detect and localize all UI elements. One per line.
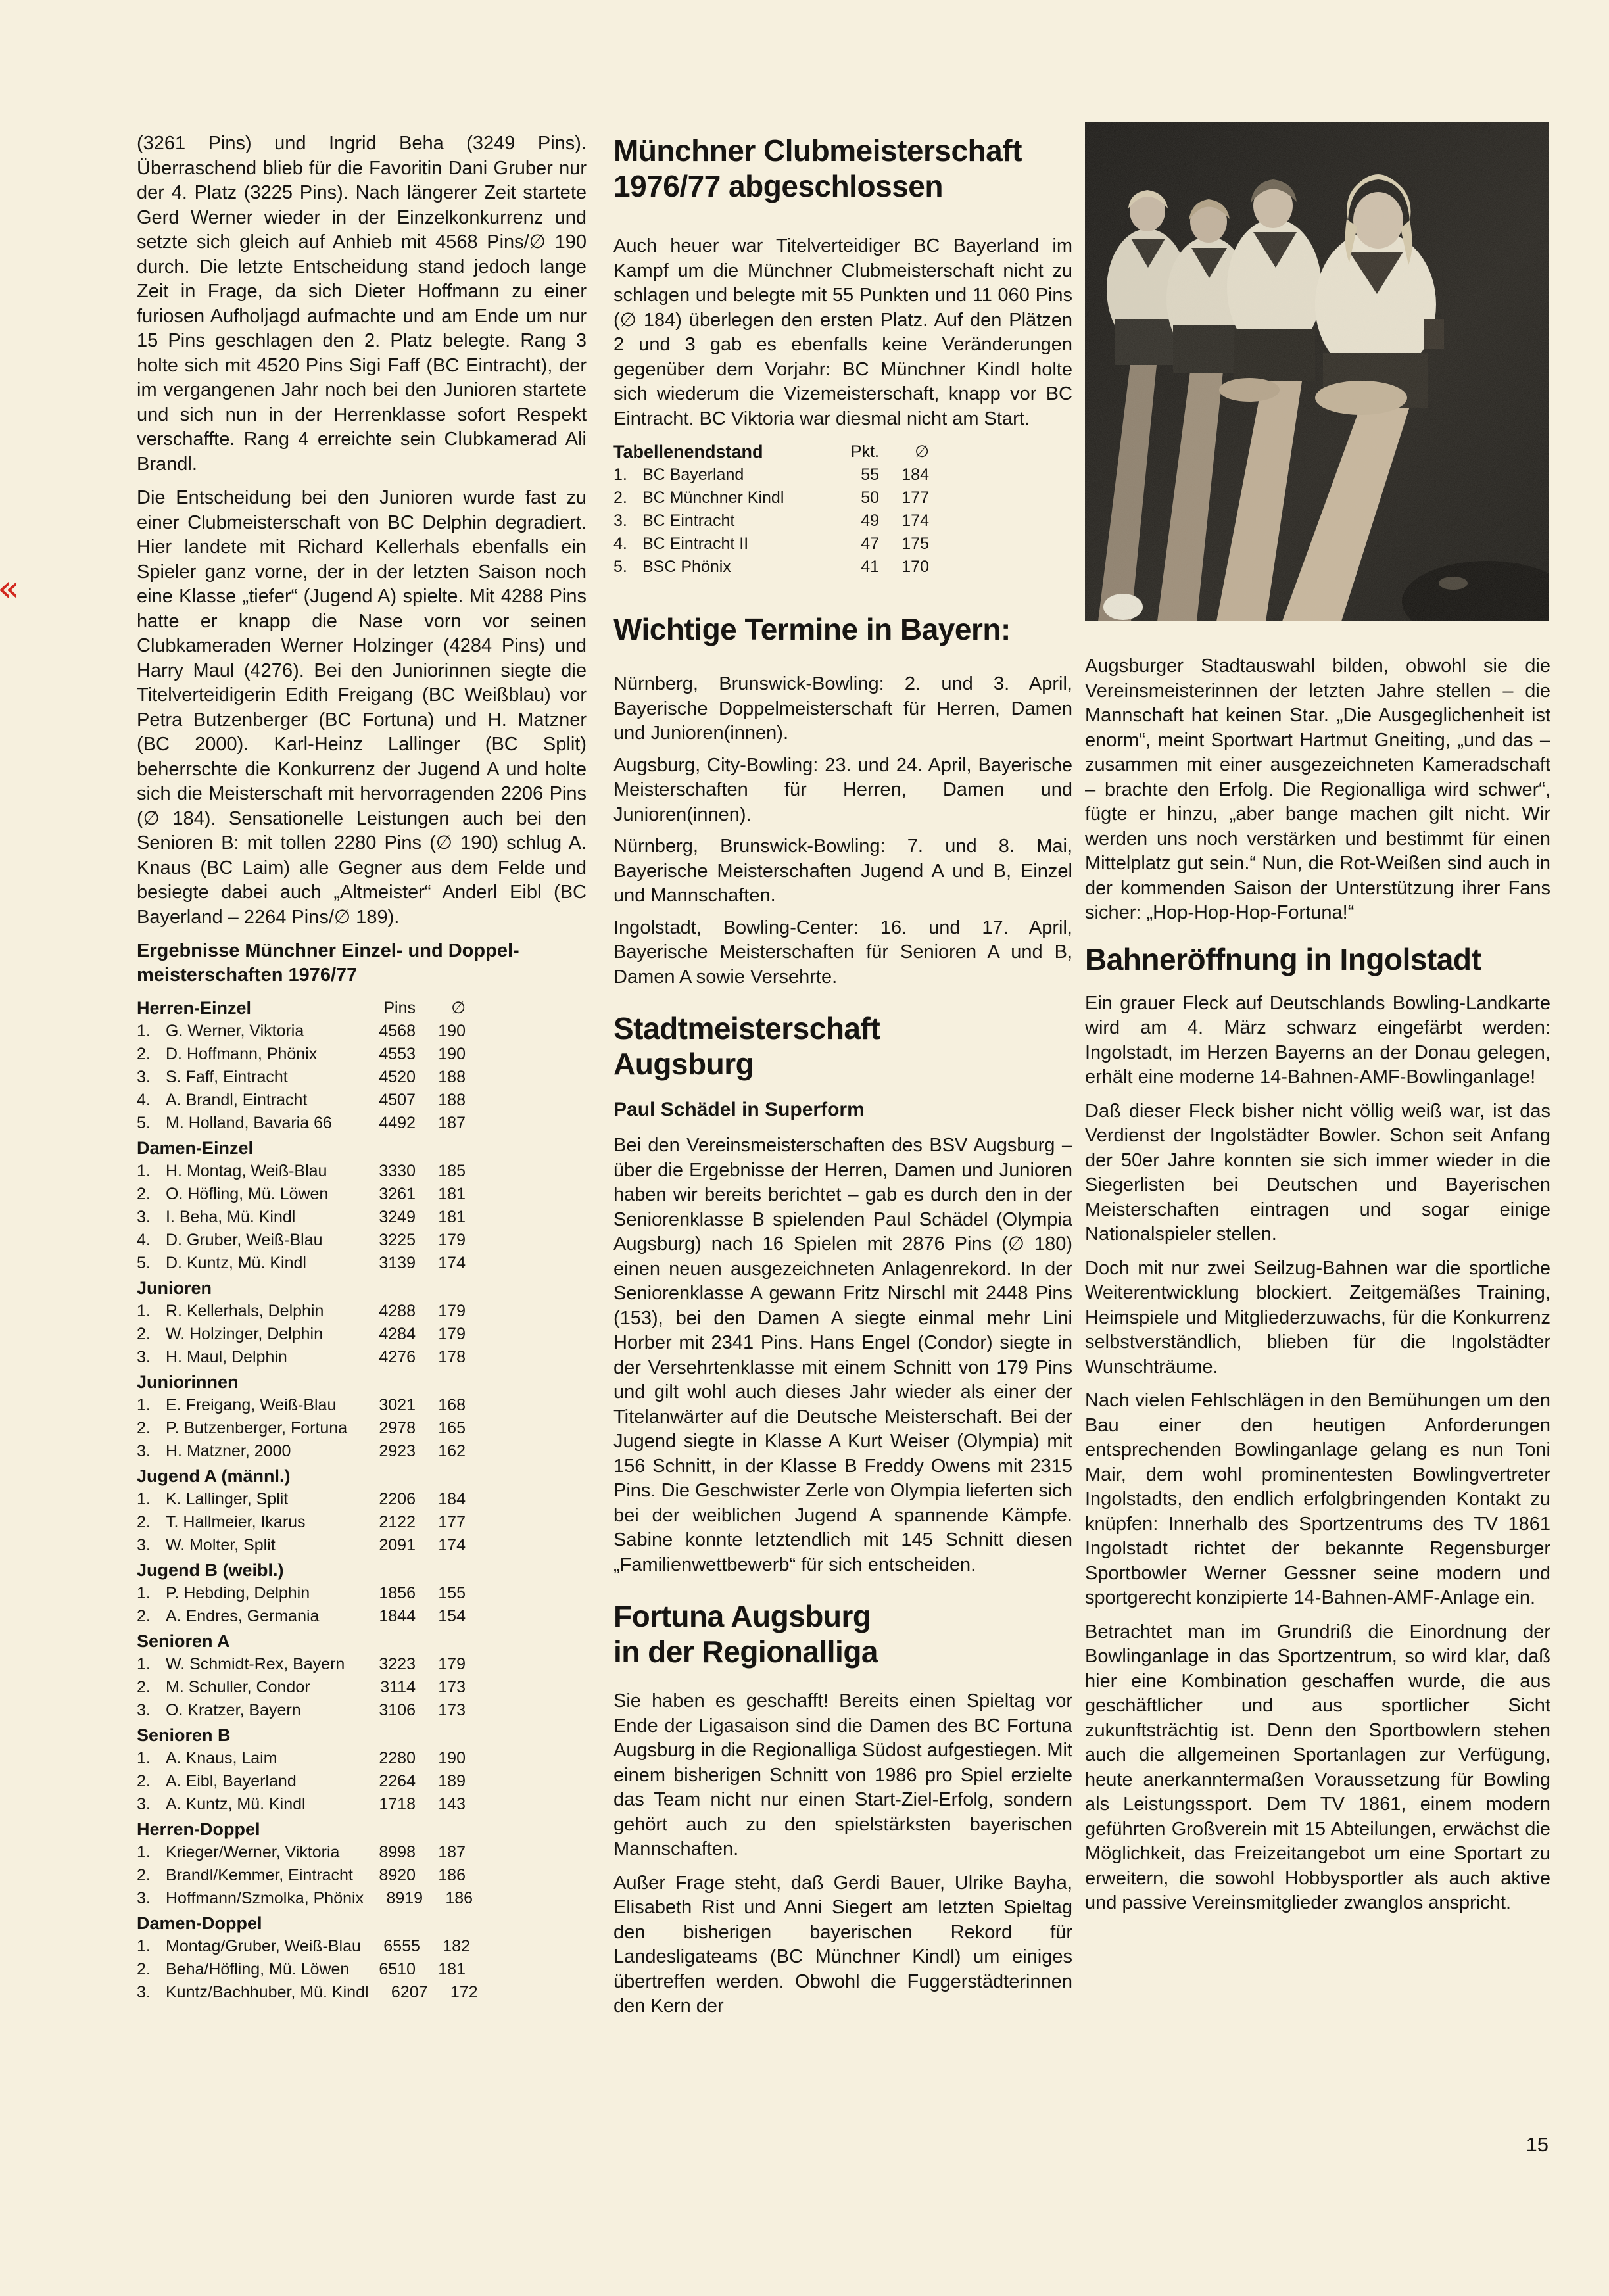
table-row: 1.R. Kellerhals, Delphin4288179 <box>137 1300 466 1323</box>
table-row: 3.O. Kratzer, Bayern3106173 <box>137 1699 466 1722</box>
section-rows: 1.Montag/Gruber, Weiß-Blau65551822.Beha/… <box>137 1935 466 2004</box>
column-header-points: Pkt. <box>820 441 879 464</box>
table-row: 2.BC Münchner Kindl50177 <box>613 487 929 510</box>
section-header: Jugend B (weibl.) <box>137 1559 466 1582</box>
section-rows: 1.Krieger/Werner, Viktoria89981872.Brand… <box>137 1841 466 1910</box>
table-row: 2.O. Höfling, Mü. Löwen3261181 <box>137 1183 466 1206</box>
table-row: 1.Krieger/Werner, Viktoria8998187 <box>137 1841 466 1864</box>
table-row: 3.A. Kuntz, Mü. Kindl1718143 <box>137 1793 466 1816</box>
table-header-row: Tabellenendstand Pkt. ∅ <box>613 441 929 464</box>
paragraph: (3261 Pins) und Ingrid Beha (3249 Pins).… <box>137 132 587 477</box>
paragraph: Betrachtet man im Grundriß die Einordnun… <box>1085 1620 1550 1916</box>
section-header: Senioren A <box>137 1630 466 1653</box>
section-header: Herren-Einzel <box>137 997 356 1020</box>
column-header-pins: Pins <box>356 997 416 1020</box>
table-row: 5.M. Holland, Bavaria 664492187 <box>137 1112 466 1135</box>
section-header: Juniorinnen <box>137 1371 466 1394</box>
paragraph: Außer Frage steht, daß Gerdi Bauer, Ulri… <box>613 1871 1072 2019</box>
standings-table: Tabellenendstand Pkt. ∅ 1.BC Bayerland55… <box>613 441 929 579</box>
column-header-average: ∅ <box>416 997 466 1020</box>
table-row: 3.Hoffmann/Szmolka, Phönix8919186 <box>137 1887 466 1910</box>
table-header-row: Herren-Einzel Pins ∅ <box>137 997 466 1020</box>
table-row: 1.Montag/Gruber, Weiß-Blau6555182 <box>137 1935 466 1958</box>
paragraph: Bei den Vereinsmeisterschaften des BSV A… <box>613 1134 1072 1577</box>
section-rows: 1.G. Werner, Viktoria45681902.D. Hoffman… <box>137 1020 466 1135</box>
paragraph: Doch mit nur zwei Seilzug-Bahnen war die… <box>1085 1256 1550 1380</box>
section-rows: 1.E. Freigang, Weiß-Blau30211682.P. Butz… <box>137 1394 466 1463</box>
table-row: 2.W. Holzinger, Delphin4284179 <box>137 1323 466 1346</box>
column-header-average: ∅ <box>879 441 929 464</box>
article-subhead: Paul Schädel in Superform <box>613 1097 1072 1122</box>
table-row: 1.A. Knaus, Laim2280190 <box>137 1747 466 1770</box>
table-row: 1.H. Montag, Weiß-Blau3330185 <box>137 1160 466 1183</box>
left-column: (3261 Pins) und Ingrid Beha (3249 Pins).… <box>137 132 587 2004</box>
article-heading-clubmeisterschaft: Münchner Clubmeisterschaft 1976/77 abges… <box>613 133 1072 204</box>
section-rows: 1.W. Schmidt-Rex, Bayern32231792.M. Schu… <box>137 1653 466 1722</box>
table-row: 4.BC Eintracht II47175 <box>613 533 929 556</box>
paragraph: Auch heuer war Titelverteidiger BC Bayer… <box>613 234 1072 431</box>
section-header: Herren-Doppel <box>137 1818 466 1841</box>
paragraph: Die Entscheidung bei den Junioren wurde … <box>137 486 587 930</box>
table-title: Tabellenendstand <box>613 441 820 464</box>
article-heading-stadtmeisterschaft: Stadtmeisterschaft Augsburg <box>613 1011 1072 1082</box>
section-rows: 1.K. Lallinger, Split22061842.T. Hallmei… <box>137 1488 466 1557</box>
section-header: Damen-Einzel <box>137 1137 466 1160</box>
table-row: 4.D. Gruber, Weiß-Blau3225179 <box>137 1229 466 1252</box>
table-row: 2.Brandl/Kemmer, Eintracht8920186 <box>137 1864 466 1887</box>
results-title: Ergebnisse Münchner Einzel- und Doppel- … <box>137 939 587 988</box>
table-row: 1.W. Schmidt-Rex, Bayern3223179 <box>137 1653 466 1676</box>
table-row: 3.Kuntz/Bachhuber, Mü. Kindl6207172 <box>137 1981 466 2004</box>
results-table: Herren-Einzel Pins ∅ 1.G. Werner, Viktor… <box>137 997 466 2004</box>
event-item: Augsburg, City-Bowling: 23. und 24. Apri… <box>613 753 1072 828</box>
article-heading-bahneroeffnung: Bahneröffnung in Ingolstadt <box>1085 942 1550 977</box>
table-row: 5.D. Kuntz, Mü. Kindl3139174 <box>137 1252 466 1275</box>
table-row: 3.S. Faff, Eintracht4520188 <box>137 1066 466 1089</box>
table-row: 1.K. Lallinger, Split2206184 <box>137 1488 466 1511</box>
table-row: 2.P. Butzenberger, Fortuna2978165 <box>137 1417 466 1440</box>
table-row: 2.D. Hoffmann, Phönix4553190 <box>137 1043 466 1066</box>
event-item: Nürnberg, Brunswick-Bowling: 2. und 3. A… <box>613 672 1072 746</box>
section-rows: 1.BC Bayerland551842.BC Münchner Kindl50… <box>613 464 929 579</box>
red-margin-mark: « <box>0 571 20 608</box>
article-heading-termine: Wichtige Termine in Bayern: <box>613 611 1072 647</box>
table-row: 3.W. Molter, Split2091174 <box>137 1534 466 1557</box>
middle-column: Münchner Clubmeisterschaft 1976/77 abges… <box>613 129 1072 2028</box>
table-row: 4.A. Brandl, Eintracht4507188 <box>137 1089 466 1112</box>
section-rows: 1.H. Montag, Weiß-Blau33301852.O. Höflin… <box>137 1160 466 1275</box>
table-row: 3.H. Matzner, 20002923162 <box>137 1440 466 1463</box>
section-header: Senioren B <box>137 1724 466 1747</box>
section-rows: 1.A. Knaus, Laim22801902.A. Eibl, Bayerl… <box>137 1747 466 1816</box>
section-header: Junioren <box>137 1277 466 1300</box>
event-item: Ingolstadt, Bowling-Center: 16. und 17. … <box>613 916 1072 990</box>
table-row: 2.T. Hallmeier, Ikarus2122177 <box>137 1511 466 1534</box>
table-row: 1.P. Hebding, Delphin1856155 <box>137 1582 466 1605</box>
table-row: 2.A. Endres, Germania1844154 <box>137 1605 466 1628</box>
table-row: 3.I. Beha, Mü. Kindl3249181 <box>137 1206 466 1229</box>
page-number: 15 <box>1526 2133 1549 2157</box>
table-row: 2.M. Schuller, Condor3114173 <box>137 1676 466 1699</box>
paragraph: Sie haben es geschafft! Bereits einen Sp… <box>613 1689 1072 1862</box>
table-row: 5.BSC Phönix41170 <box>613 556 929 579</box>
team-photo <box>1085 122 1549 621</box>
paragraph: Ein grauer Fleck auf Deutschlands Bowlin… <box>1085 992 1550 1090</box>
section-header: Jugend A (männl.) <box>137 1465 466 1488</box>
event-item: Nürnberg, Brunswick-Bowling: 7. und 8. M… <box>613 834 1072 909</box>
right-column: Augsburger Stadtauswahl bilden, obwohl s… <box>1085 122 1550 1925</box>
table-row: 1.BC Bayerland55184 <box>613 464 929 487</box>
table-row: 1.G. Werner, Viktoria4568190 <box>137 1020 466 1043</box>
table-row: 1.E. Freigang, Weiß-Blau3021168 <box>137 1394 466 1417</box>
magazine-page: « (3261 Pins) und Ingrid Beha (3249 Pins… <box>0 0 1609 2296</box>
section-rows: 1.R. Kellerhals, Delphin42881792.W. Holz… <box>137 1300 466 1369</box>
table-row: 2.A. Eibl, Bayerland2264189 <box>137 1770 466 1793</box>
section-header: Damen-Doppel <box>137 1912 466 1935</box>
paragraph: Daß dieser Fleck bisher nicht völlig wei… <box>1085 1099 1550 1247</box>
article-heading-fortuna: Fortuna Augsburg in der Regionalliga <box>613 1598 1072 1669</box>
paragraph: Nach vielen Fehlschlägen in den Bemühung… <box>1085 1389 1550 1611</box>
table-row: 3.BC Eintracht49174 <box>613 510 929 533</box>
event-list: Nürnberg, Brunswick-Bowling: 2. und 3. A… <box>613 672 1072 990</box>
table-row: 2.Beha/Höfling, Mü. Löwen6510181 <box>137 1958 466 1981</box>
table-row: 3.H. Maul, Delphin4276178 <box>137 1346 466 1369</box>
paragraph: Augsburger Stadtauswahl bilden, obwohl s… <box>1085 654 1550 926</box>
section-rows: 1.P. Hebding, Delphin18561552.A. Endres,… <box>137 1582 466 1628</box>
